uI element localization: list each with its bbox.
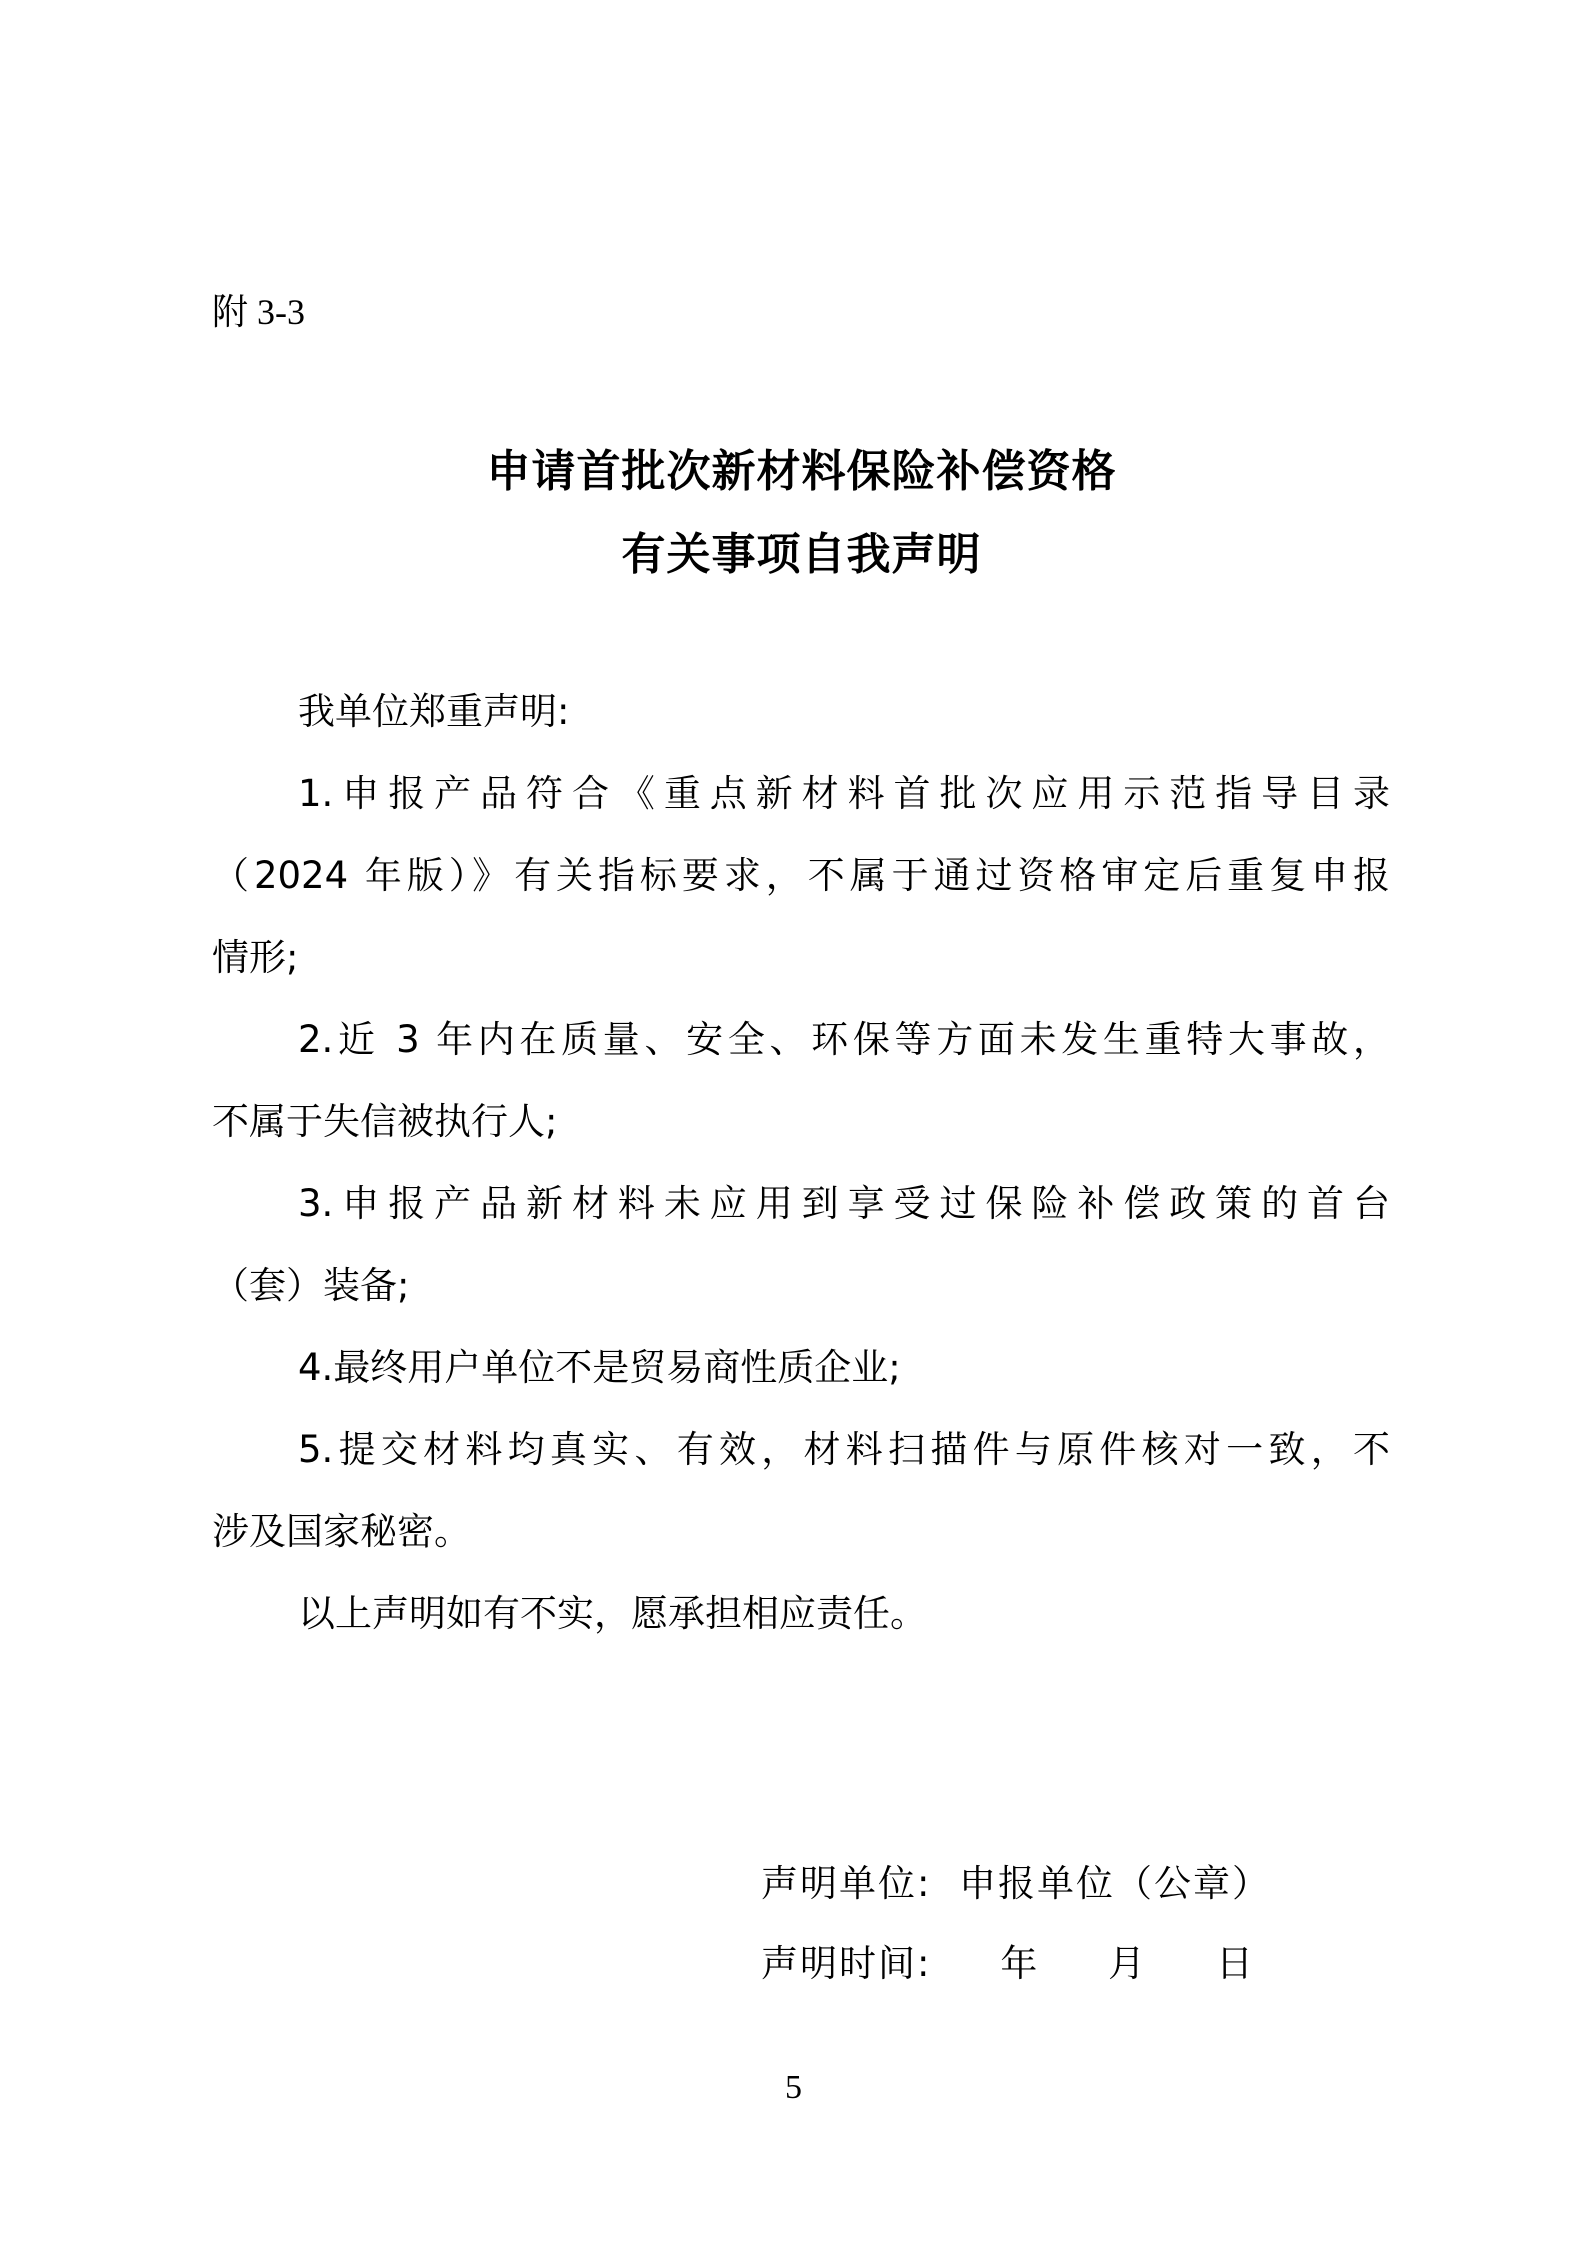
closing-statement: 以上声明如有不实，愿承担相应责任。 — [298, 1592, 1390, 1636]
item-3-line-2: （套）装备; — [212, 1264, 1390, 1308]
signature-time-row: 声明时间: 年 月 日 — [706, 1898, 1255, 2030]
document-title-line-1: 申请首批次新材料保险补偿资格 — [8, 445, 1587, 499]
document-page: 附 3-3 申请首批次新材料保险补偿资格 有关事项自我声明 我单位郑重声明: 1… — [0, 0, 1587, 2245]
item-2-line-2: 不属于失信被执行人; — [212, 1100, 1390, 1144]
page-number: 5 — [0, 2068, 1587, 2108]
item-1-line-2: （2024 年版）》有关指标要求，不属于通过资格审定后重复申报 — [212, 854, 1390, 898]
item-1-line-3: 情形; — [212, 936, 1390, 980]
item-4-line-1: 4.最终用户单位不是贸易商性质企业; — [298, 1346, 1390, 1390]
signature-month: 月 — [1108, 1942, 1147, 1985]
declaration-intro: 我单位郑重声明: — [298, 690, 1390, 734]
signature-day: 日 — [1216, 1942, 1255, 1985]
item-2-line-1: 2.近 3 年内在质量、安全、环保等方面未发生重特大事故， — [298, 1018, 1390, 1062]
item-5-line-2: 涉及国家秘密。 — [212, 1510, 1390, 1554]
signature-year: 年 — [1000, 1942, 1039, 1985]
item-5-line-1: 5.提交材料均真实、有效，材料扫描件与原件核对一致，不 — [298, 1428, 1390, 1472]
document-title-line-2: 有关事项自我声明 — [8, 528, 1587, 582]
item-3-line-1: 3.申报产品新材料未应用到享受过保险补偿政策的首台 — [298, 1182, 1390, 1226]
attachment-label: 附 3-3 — [212, 290, 305, 334]
item-1-line-1: 1.申报产品符合《重点新材料首批次应用示范指导目录 — [298, 772, 1390, 816]
signature-time-label: 声明时间: — [761, 1942, 931, 1985]
